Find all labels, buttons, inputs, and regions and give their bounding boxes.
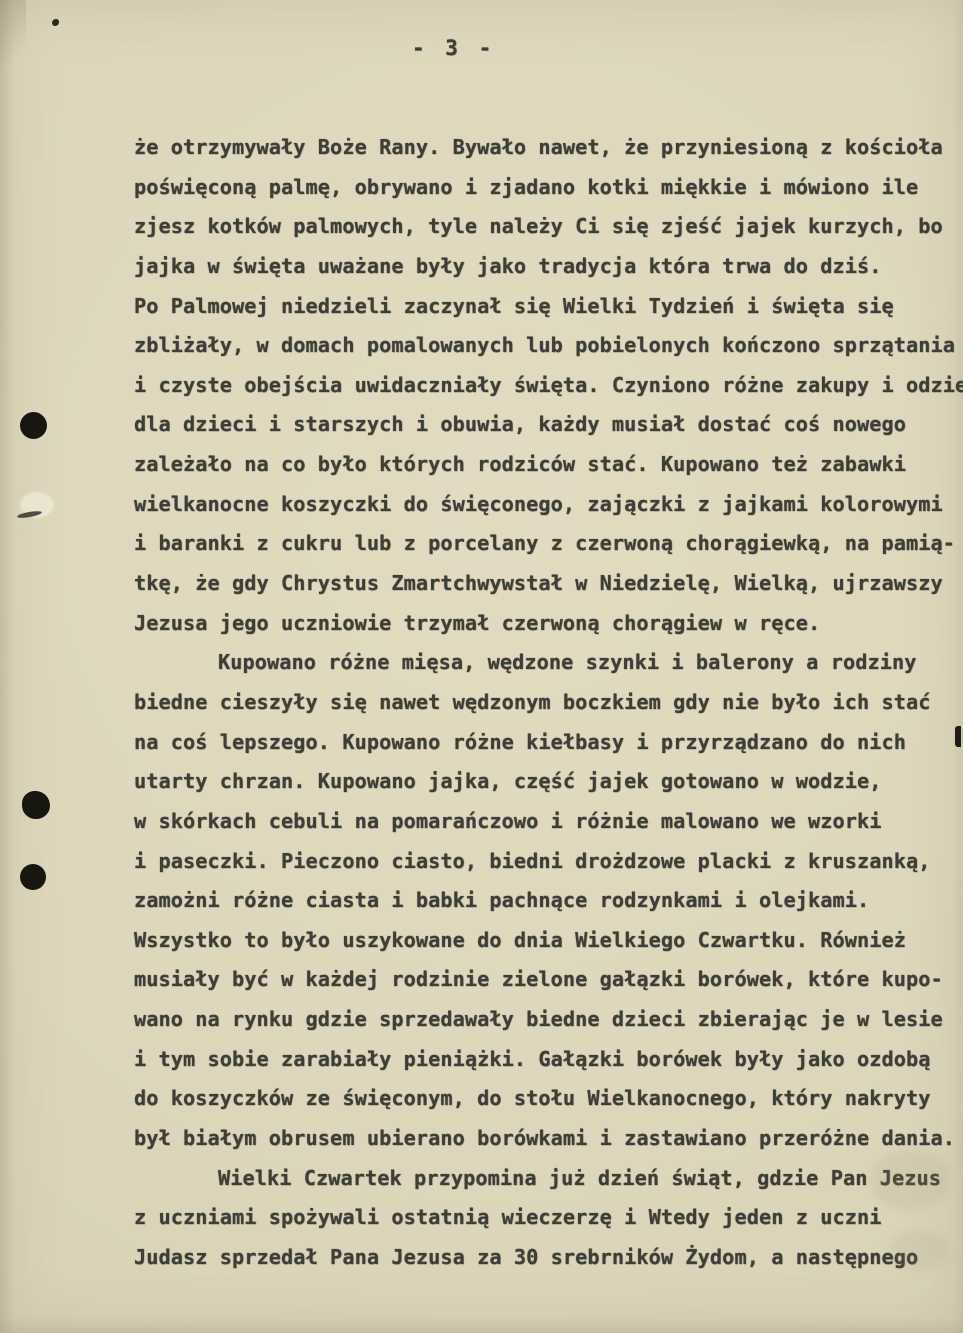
text-line: biedne cieszyły się nawet wędzonym boczk… bbox=[134, 683, 960, 723]
text-line-content: biedne cieszyły się nawet wędzonym boczk… bbox=[134, 690, 931, 714]
text-line: i czyste obejścia uwidaczniały święta. C… bbox=[134, 366, 960, 406]
text-line-content: do koszyczków ze święconym, do stołu Wie… bbox=[134, 1086, 931, 1110]
text-line-content: zjesz kotków palmowych, tyle należy Ci s… bbox=[134, 214, 943, 238]
document-page: - 3 - że otrzymywały Boże Rany. Bywało n… bbox=[0, 0, 963, 1333]
text-body: że otrzymywały Boże Rany. Bywało nawet, … bbox=[134, 128, 960, 1278]
text-line: musiały być w każdej rodzinie zielone ga… bbox=[134, 960, 960, 1000]
text-line: zbliżały, w domach pomalowanych lub pobi… bbox=[134, 326, 960, 366]
text-line: poświęconą palmę, obrywano i zjadano kot… bbox=[134, 168, 960, 208]
text-line: Jezusa jego uczniowie trzymał czerwoną c… bbox=[134, 604, 960, 644]
text-line-content: Po Palmowej niedzieli zaczynał się Wielk… bbox=[134, 294, 894, 318]
text-line-content: i baranki z cukru lub z porcelany z czer… bbox=[134, 531, 955, 555]
text-line: Wszystko to było uszykowane do dnia Wiel… bbox=[134, 921, 960, 961]
text-line-content: i paseczki. Pieczono ciasto, biedni droż… bbox=[134, 849, 931, 873]
text-line: zamożni różne ciasta i babki pachnące ro… bbox=[134, 881, 960, 921]
paper-corner-shade bbox=[0, 0, 26, 80]
text-line: wano na rynku gdzie sprzedawały biedne d… bbox=[134, 1000, 960, 1040]
text-line: zjesz kotków palmowych, tyle należy Ci s… bbox=[134, 207, 960, 247]
text-line: dla dzieci i starszych i obuwia, każdy m… bbox=[134, 405, 960, 445]
text-line-content: Wszystko to było uszykowane do dnia Wiel… bbox=[134, 928, 906, 952]
text-line-content: Kupowano różne mięsa, wędzone szynki i b… bbox=[218, 650, 916, 674]
text-line: Po Palmowej niedzieli zaczynał się Wielk… bbox=[134, 287, 960, 327]
ink-dot-3 bbox=[20, 864, 46, 890]
text-line-content: jajka w święta uważane były jako tradycj… bbox=[134, 254, 882, 278]
ink-dot-2 bbox=[22, 791, 50, 819]
text-line-content: Wielki Czwartek przypomina już dzień świ… bbox=[218, 1166, 941, 1190]
page-number: - 3 - bbox=[412, 36, 495, 60]
ink-speck bbox=[52, 19, 59, 26]
paper-stain bbox=[890, 1230, 950, 1270]
text-line: wielkanocne koszyczki do święconego, zaj… bbox=[134, 485, 960, 525]
text-line: na coś lepszego. Kupowano różne kiełbasy… bbox=[134, 723, 960, 763]
text-line-content: zbliżały, w domach pomalowanych lub pobi… bbox=[134, 333, 955, 357]
text-line: Judasz sprzedał Pana Jezusa za 30 srebrn… bbox=[134, 1238, 960, 1278]
text-line-content: dla dzieci i starszych i obuwia, każdy m… bbox=[134, 412, 906, 436]
text-line: że otrzymywały Boże Rany. Bywało nawet, … bbox=[134, 128, 960, 168]
text-line: był białym obrusem ubierano borówkami i … bbox=[134, 1119, 960, 1159]
text-line-content: zależało na co było których rodziców sta… bbox=[134, 452, 906, 476]
text-line-content: był białym obrusem ubierano borówkami i … bbox=[134, 1126, 955, 1150]
text-line-content: tkę, że gdy Chrystus Zmartchwywstał w Ni… bbox=[134, 571, 943, 595]
ink-dot-1 bbox=[20, 412, 47, 439]
text-line-content: na coś lepszego. Kupowano różne kiełbasy… bbox=[134, 730, 906, 754]
text-line: utarty chrzan. Kupowano jajka, część jaj… bbox=[134, 762, 960, 802]
text-line: jajka w święta uważane były jako tradycj… bbox=[134, 247, 960, 287]
text-line-content: wano na rynku gdzie sprzedawały biedne d… bbox=[134, 1007, 943, 1031]
text-line-content: z uczniami spożywali ostatnią wieczerzę … bbox=[134, 1205, 882, 1229]
text-line: w skórkach cebuli na pomarańczowo i różn… bbox=[134, 802, 960, 842]
text-line-content: wielkanocne koszyczki do święconego, zaj… bbox=[134, 492, 943, 516]
text-line: i paseczki. Pieczono ciasto, biedni droż… bbox=[134, 842, 960, 882]
right-edge-ink-mark bbox=[955, 726, 961, 747]
text-line-content: utarty chrzan. Kupowano jajka, część jaj… bbox=[134, 769, 882, 793]
text-line-content: poświęconą palmę, obrywano i zjadano kot… bbox=[134, 175, 918, 199]
text-line-content: że otrzymywały Boże Rany. Bywało nawet, … bbox=[134, 135, 943, 159]
text-line-content: musiały być w każdej rodzinie zielone ga… bbox=[134, 967, 943, 991]
text-line: z uczniami spożywali ostatnią wieczerzę … bbox=[134, 1198, 960, 1238]
text-line: Kupowano różne mięsa, wędzone szynki i b… bbox=[134, 643, 960, 683]
text-line: tkę, że gdy Chrystus Zmartchwywstał w Ni… bbox=[134, 564, 960, 604]
text-line-content: Jezusa jego uczniowie trzymał czerwoną c… bbox=[134, 611, 820, 635]
text-line-content: zamożni różne ciasta i babki pachnące ro… bbox=[134, 888, 869, 912]
text-line-content: i czyste obejścia uwidaczniały święta. C… bbox=[134, 373, 963, 397]
text-line: i tym sobie zarabiały pieniążki. Gałązki… bbox=[134, 1040, 960, 1080]
paper-stain bbox=[870, 1150, 950, 1210]
text-line: zależało na co było których rodziców sta… bbox=[134, 445, 960, 485]
text-line: i baranki z cukru lub z porcelany z czer… bbox=[134, 524, 960, 564]
text-line-content: i tym sobie zarabiały pieniążki. Gałązki… bbox=[134, 1047, 931, 1071]
text-line-content: Judasz sprzedał Pana Jezusa za 30 srebrn… bbox=[134, 1245, 918, 1269]
text-line-content: w skórkach cebuli na pomarańczowo i różn… bbox=[134, 809, 882, 833]
text-line: Wielki Czwartek przypomina już dzień świ… bbox=[134, 1159, 960, 1199]
text-line: do koszyczków ze święconym, do stołu Wie… bbox=[134, 1079, 960, 1119]
